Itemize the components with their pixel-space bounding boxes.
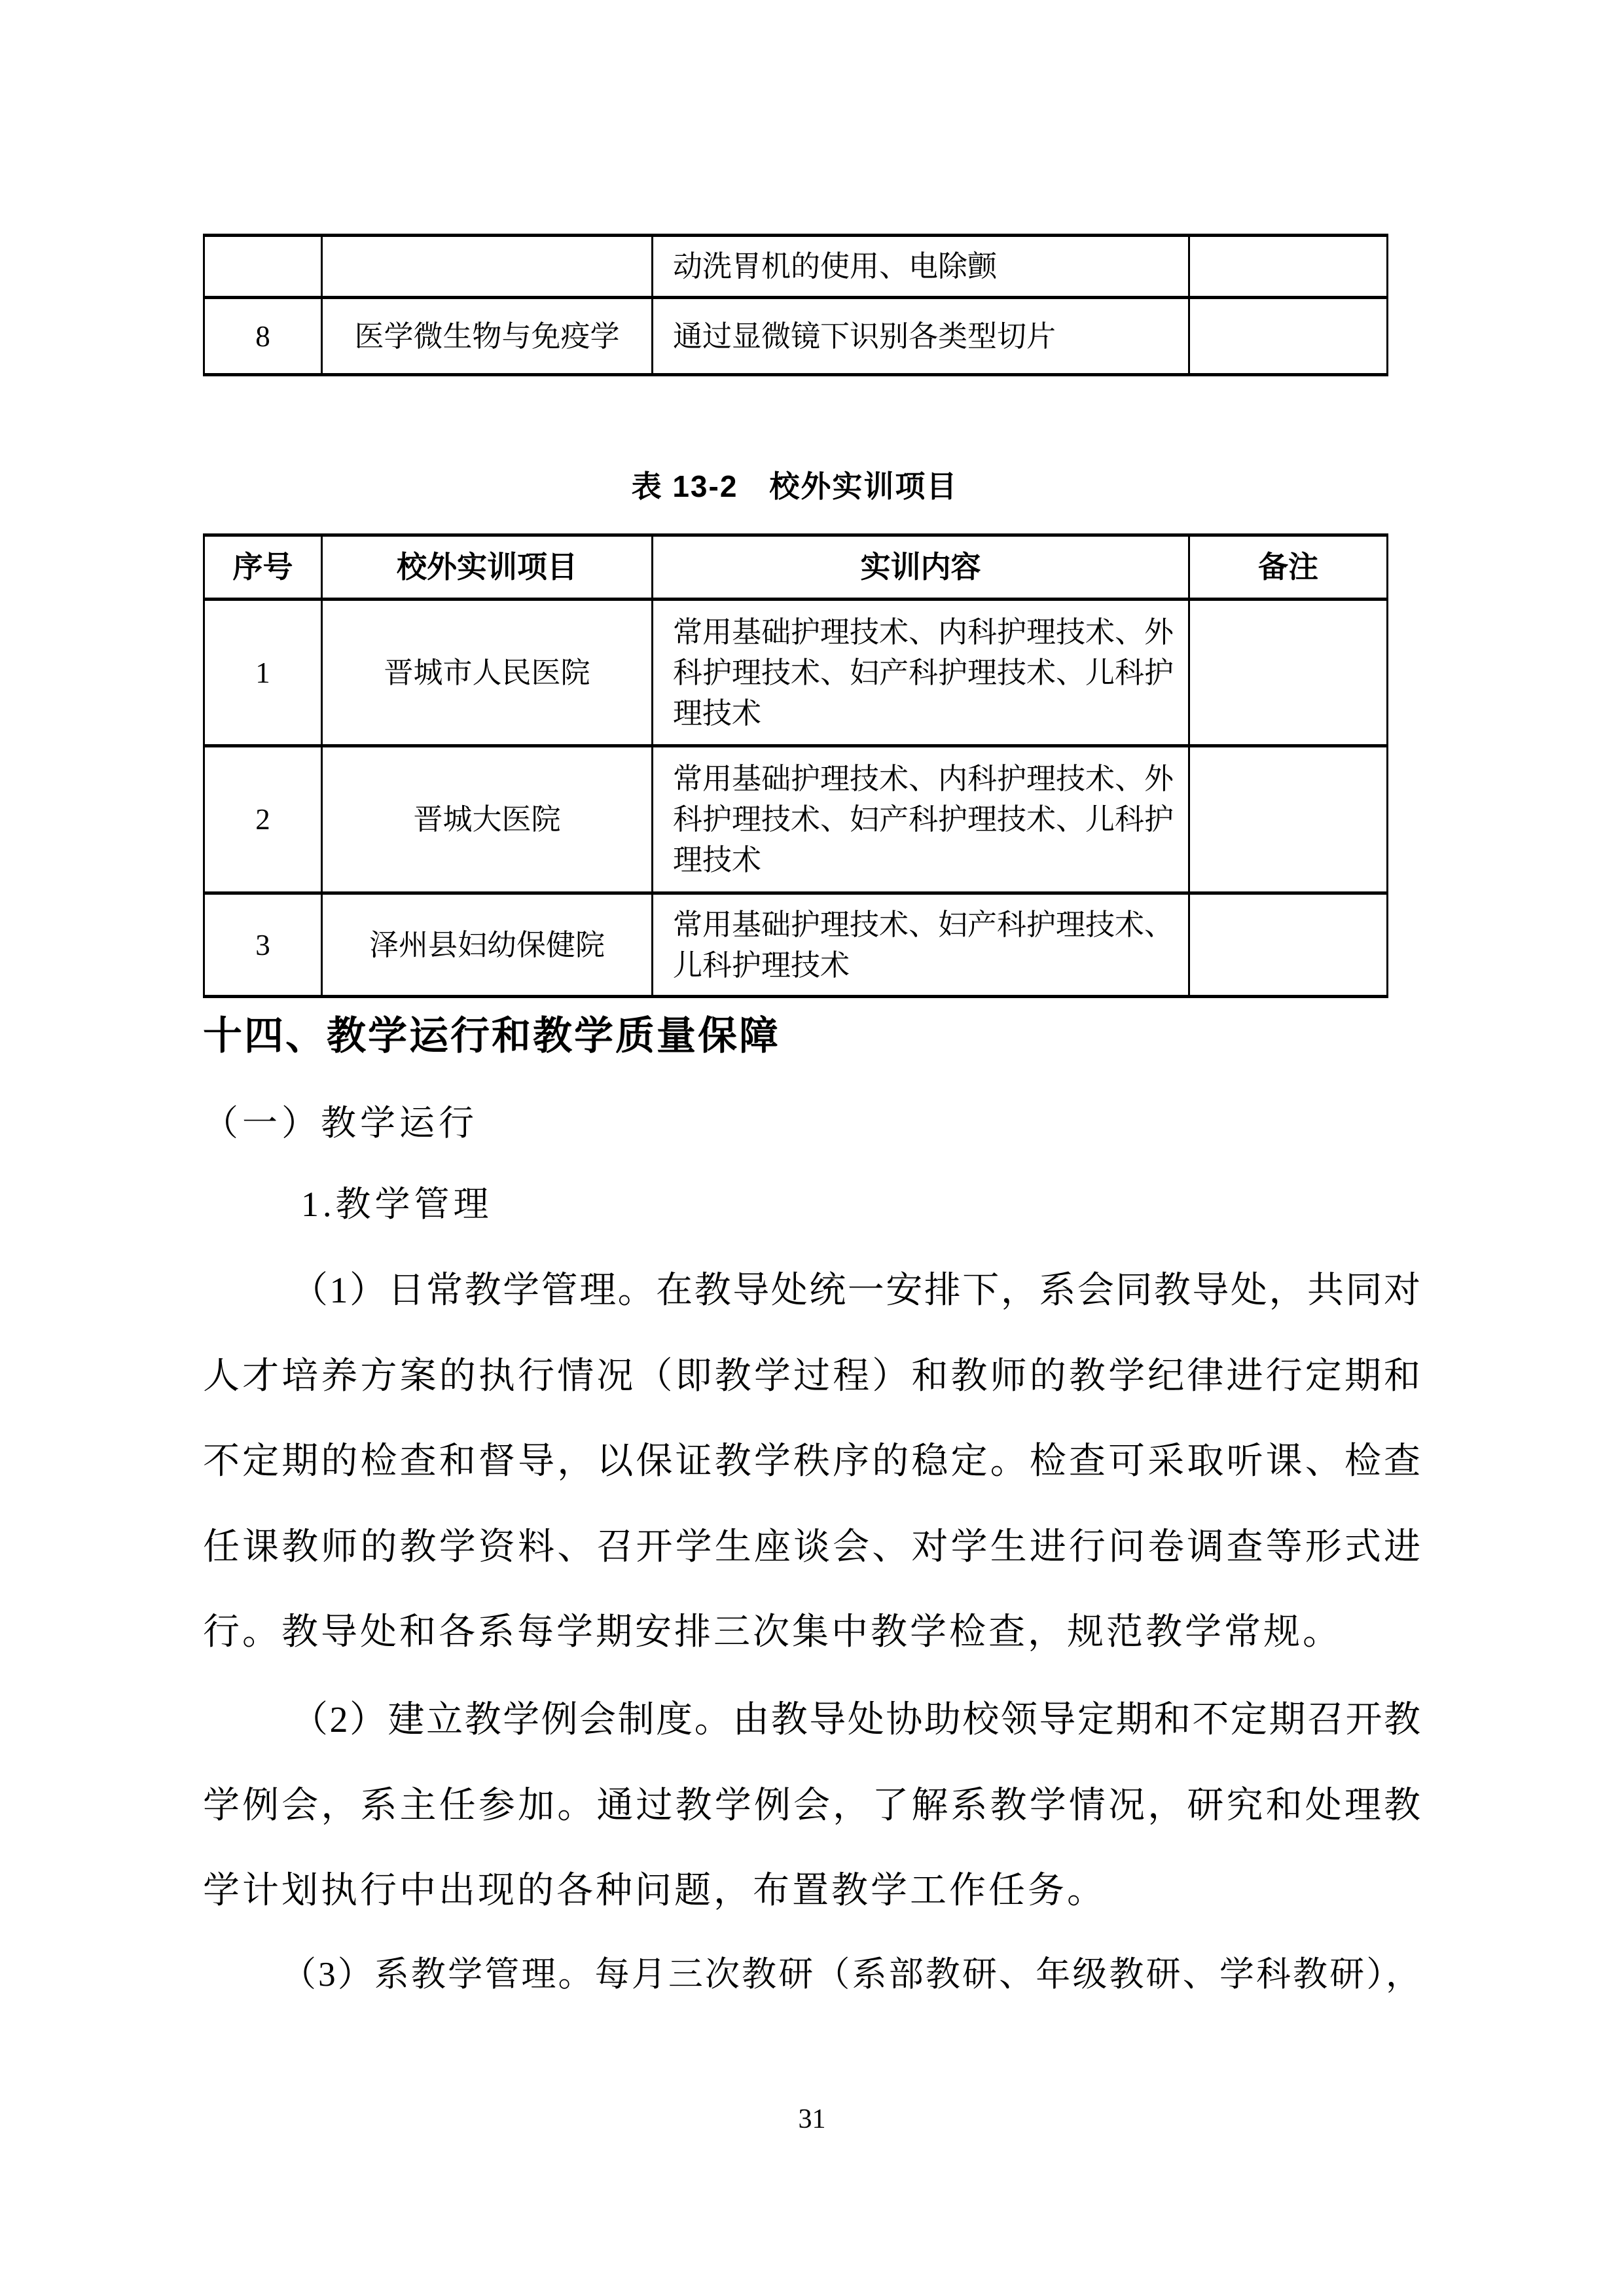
- table-row-3: 3 泽州县妇幼保健院 常用基础护理技术、妇产科护理技术、儿科护理技术: [204, 893, 1388, 997]
- header-seq: 序号: [204, 535, 322, 600]
- cell-course: [322, 236, 653, 298]
- subsection-item-title: 1.教学管理: [203, 1183, 1420, 1225]
- page-number: 31: [0, 2102, 1624, 2136]
- cell-note: [1189, 893, 1388, 997]
- cell-note: [1189, 236, 1388, 298]
- table-row-8: 8 医学微生物与免疫学 通过显微镜下识别各类型切片: [204, 298, 1388, 375]
- paragraph-line: 行。教导处和各系每学期安排三次集中教学检查，规范教学常规。: [203, 1590, 1420, 1676]
- cell-content: 常用基础护理技术、内科护理技术、外科护理技术、妇产科护理技术、儿科护理技术: [653, 746, 1189, 893]
- cell-content: 动洗胃机的使用、电除颤: [653, 236, 1189, 298]
- cell-content: 常用基础护理技术、妇产科护理技术、儿科护理技术: [653, 893, 1189, 997]
- paragraph-line: 学计划执行中出现的各种问题，布置教学工作任务。: [203, 1848, 1420, 1934]
- cell-site: 晋城大医院: [322, 746, 653, 893]
- cell-seq: 3: [204, 893, 322, 997]
- paragraph-1: （1）日常教学管理。在教导处统一安排下，系会同教导处，共同对 人才培养方案的执行…: [203, 1248, 1420, 1676]
- cell-seq: [204, 236, 322, 298]
- cell-site: 泽州县妇幼保健院: [322, 893, 653, 997]
- cell-seq: 1: [204, 600, 322, 746]
- header-content: 实训内容: [653, 535, 1189, 600]
- section-heading: 十四、教学运行和教学质量保障: [203, 1013, 1420, 1059]
- paragraph-line: 学例会，系主任参加。通过教学例会，了解系教学情况，研究和处理教: [203, 1763, 1420, 1849]
- header-note: 备注: [1189, 535, 1388, 600]
- cell-note: [1189, 746, 1388, 893]
- cell-seq: 2: [204, 746, 322, 893]
- cell-course: 医学微生物与免疫学: [322, 298, 653, 375]
- paragraph-line: 不定期的检查和督导，以保证教学秩序的稳定。检查可采取听课、检查: [203, 1419, 1420, 1505]
- paragraph-line: （2）建立教学例会制度。由教导处协助校领导定期和不定期召开教: [203, 1677, 1420, 1763]
- paragraph-3: （3）系教学管理。每月三次教研（系部教研、年级教研、学科教研），: [203, 1932, 1420, 2018]
- cell-seq: 8: [204, 298, 322, 375]
- header-site: 校外实训项目: [322, 535, 653, 600]
- table-header-row: 序号 校外实训项目 实训内容 备注: [204, 535, 1388, 600]
- cell-content: 通过显微镜下识别各类型切片: [653, 298, 1189, 375]
- subsection-title: （一）教学运行: [203, 1102, 1420, 1144]
- cell-content: 常用基础护理技术、内科护理技术、外科护理技术、妇产科护理技术、儿科护理技术: [653, 600, 1189, 746]
- table-13-2: 序号 校外实训项目 实训内容 备注 1 晋城市人民医院 常用基础护理技术、内科护…: [203, 533, 1388, 998]
- table-13-2-title: 表 13-2 校外实训项目: [203, 467, 1386, 505]
- paragraph-line: 任课教师的教学资料、召开学生座谈会、对学生进行问卷调查等形式进: [203, 1505, 1420, 1590]
- table-13-1-continued: 动洗胃机的使用、电除颤 8 医学微生物与免疫学 通过显微镜下识别各类型切片: [203, 234, 1388, 376]
- cell-note: [1189, 298, 1388, 375]
- cell-note: [1189, 600, 1388, 746]
- table-row-partial: 动洗胃机的使用、电除颤: [204, 236, 1388, 298]
- cell-site: 晋城市人民医院: [322, 600, 653, 746]
- paragraph-line: （1）日常教学管理。在教导处统一安排下，系会同教导处，共同对: [203, 1248, 1420, 1334]
- paragraph-line: 人才培养方案的执行情况（即教学过程）和教师的教学纪律进行定期和: [203, 1334, 1420, 1420]
- document-page: 动洗胃机的使用、电除颤 8 医学微生物与免疫学 通过显微镜下识别各类型切片 表 …: [0, 0, 1624, 2296]
- table-row-2: 2 晋城大医院 常用基础护理技术、内科护理技术、外科护理技术、妇产科护理技术、儿…: [204, 746, 1388, 893]
- paragraph-line: （3）系教学管理。每月三次教研（系部教研、年级教研、学科教研），: [203, 1932, 1420, 2018]
- table-row-1: 1 晋城市人民医院 常用基础护理技术、内科护理技术、外科护理技术、妇产科护理技术…: [204, 600, 1388, 746]
- paragraph-2: （2）建立教学例会制度。由教导处协助校领导定期和不定期召开教 学例会，系主任参加…: [203, 1677, 1420, 1934]
